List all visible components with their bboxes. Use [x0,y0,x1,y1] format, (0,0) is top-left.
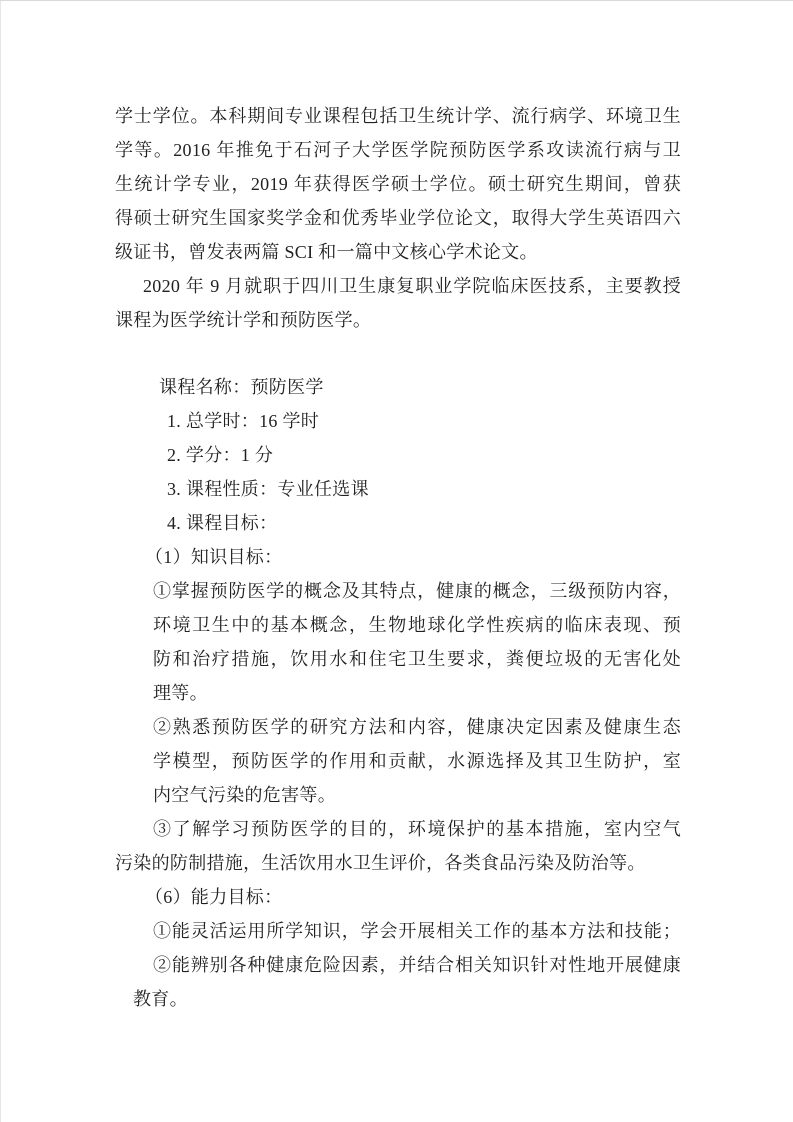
text-line: 3. 课程性质：专业任选课 [167,472,681,506]
text-line: ③了解学习预防医学的目的，环境保护的基本措施，室内空气 [153,812,681,846]
text-line: 理等。 [153,676,681,710]
text-line: ①掌握预防医学的概念及其特点，健康的概念，三级预防内容， [153,574,681,608]
text-line: （1）知识目标： [145,540,681,574]
text-line: 内空气污染的危害等。 [153,778,681,812]
text-line: 污染的防制措施，生活饮用水卫生评价，各类食品污染及防治等。 [115,846,681,880]
text-line: 1. 总学时：16 学时 [167,404,681,438]
document-page: 学士学位。本科期间专业课程包括卫生统计学、流行病学、环境卫生学等。2016 年推… [0,0,793,1122]
document-content: 学士学位。本科期间专业课程包括卫生统计学、流行病学、环境卫生学等。2016 年推… [115,99,681,1016]
text-line: （6）能力目标： [145,880,681,914]
text-line: 课程为医学统计学和预防医学。 [115,303,681,337]
text-line: ②能辨别各种健康危险因素，并结合相关知识针对性地开展健康 [153,948,681,982]
text-line: 学模型，预防医学的作用和贡献，水源选择及其卫生防护，室 [153,744,681,778]
text-line: 学士学位。本科期间专业课程包括卫生统计学、流行病学、环境卫生 [115,99,681,133]
text-line: 环境卫生中的基本概念，生物地球化学性疾病的临床表现、预 [153,608,681,642]
text-line: ②熟悉预防医学的研究方法和内容，健康决定因素及健康生态 [153,710,681,744]
text-line: 2. 学分：1 分 [167,438,681,472]
text-line: 防和治疗措施，饮用水和住宅卫生要求，粪便垃圾的无害化处 [153,642,681,676]
text-line: 学等。2016 年推免于石河子大学医学院预防医学系攻读流行病与卫 [115,133,681,167]
text-line: 级证书，曾发表两篇 SCI 和一篇中文核心学术论文。 [115,235,681,269]
text-line: 生统计学专业，2019 年获得医学硕士学位。硕士研究生期间，曾获 [115,167,681,201]
text-line: 教育。 [133,982,681,1016]
text-line: 课程名称：预防医学 [159,370,681,404]
text-line: 4. 课程目标： [167,506,681,540]
text-line: 得硕士研究生国家奖学金和优秀毕业学位论文，取得大学生英语四六 [115,201,681,235]
text-line: ①能灵活运用所学知识，学会开展相关工作的基本方法和技能； [153,914,681,948]
text-line: 2020 年 9 月就职于四川卫生康复职业学院临床医技系，主要教授 [143,269,681,303]
